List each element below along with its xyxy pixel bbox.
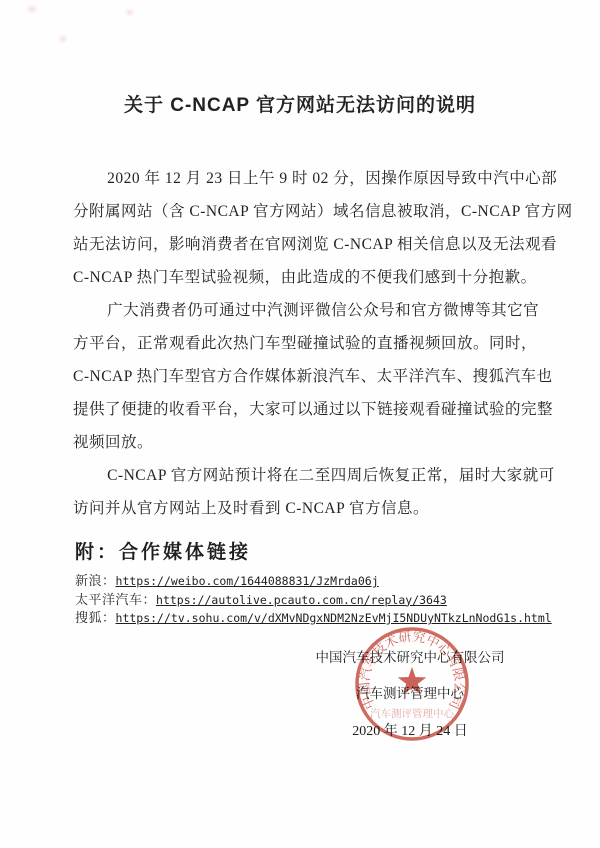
paragraph-line: C-NCAP 官方网站预计将在二至四周后恢复正常，届时大家就可 xyxy=(73,459,530,492)
paragraph-line: 分附属网站（含 C-NCAP 官方网站）域名信息被取消，C-NCAP 官方网 xyxy=(73,195,530,228)
media-links: 新浪：https://weibo.com/1644088831/JzMrda06… xyxy=(75,572,600,628)
page-title: 关于 C-NCAP 官方网站无法访问的说明 xyxy=(0,0,600,117)
scan-speck xyxy=(28,6,36,12)
link-row-sina: 新浪：https://weibo.com/1644088831/JzMrda06… xyxy=(75,572,600,591)
paragraph-line: 方平台，正常观看此次热门车型碰撞试验的直播视频回放。同时， xyxy=(73,327,530,360)
scan-speck xyxy=(126,10,133,15)
stamp-inner-text: 汽车测评管理中心 xyxy=(370,707,454,720)
body-text: 2020 年 12 月 23 日上午 9 时 02 分，因操作原因导致中汽中心部… xyxy=(73,162,530,525)
official-seal-stamp: 中国汽车技术研究中心有限公司 汽车测评管理中心 xyxy=(342,614,482,754)
paragraph-line: 视频回放。 xyxy=(73,426,530,459)
document-page: 关于 C-NCAP 官方网站无法访问的说明 2020 年 12 月 23 日上午… xyxy=(0,0,600,848)
paragraph-line: 广大消费者仍可通过中汽测评微信公众号和官方微博等其它官 xyxy=(73,294,530,327)
paragraph-line: C-NCAP 热门车型官方合作媒体新浪汽车、太平洋汽车、搜狐汽车也 xyxy=(73,360,530,393)
link-label-sohu: 搜狐： xyxy=(75,610,116,625)
attachment-heading: 附：合作媒体链接 xyxy=(75,537,600,564)
paragraph-line: C-NCAP 热门车型试验视频，由此造成的不便我们感到十分抱歉。 xyxy=(73,261,530,294)
paragraph-line: 访问并从官方网站上及时看到 C-NCAP 官方信息。 xyxy=(73,492,530,525)
paragraph-line: 2020 年 12 月 23 日上午 9 时 02 分，因操作原因导致中汽中心部 xyxy=(73,162,530,195)
paragraph-line: 提供了便捷的收看平台，大家可以通过以下链接观看碰撞试验的完整 xyxy=(73,393,530,426)
link-label-pcauto: 太平洋汽车： xyxy=(75,592,156,607)
sina-weibo-link[interactable]: https://weibo.com/1644088831/JzMrda06j xyxy=(116,574,379,588)
pcauto-link[interactable]: https://autolive.pcauto.com.cn/replay/36… xyxy=(156,593,447,607)
link-label-sina: 新浪： xyxy=(75,573,116,588)
paragraph-line: 站无法访问，影响消费者在官网浏览 C-NCAP 相关信息以及无法观看 xyxy=(73,228,530,261)
link-row-pcauto: 太平洋汽车：https://autolive.pcauto.com.cn/rep… xyxy=(75,591,600,610)
stamp-star-icon xyxy=(398,667,427,694)
link-row-sohu: 搜狐：https://tv.sohu.com/v/dXMvNDgxNDM2NzE… xyxy=(75,609,600,628)
scan-speck xyxy=(60,36,66,42)
sohu-link[interactable]: https://tv.sohu.com/v/dXMvNDgxNDM2NzEvMj… xyxy=(116,611,552,625)
